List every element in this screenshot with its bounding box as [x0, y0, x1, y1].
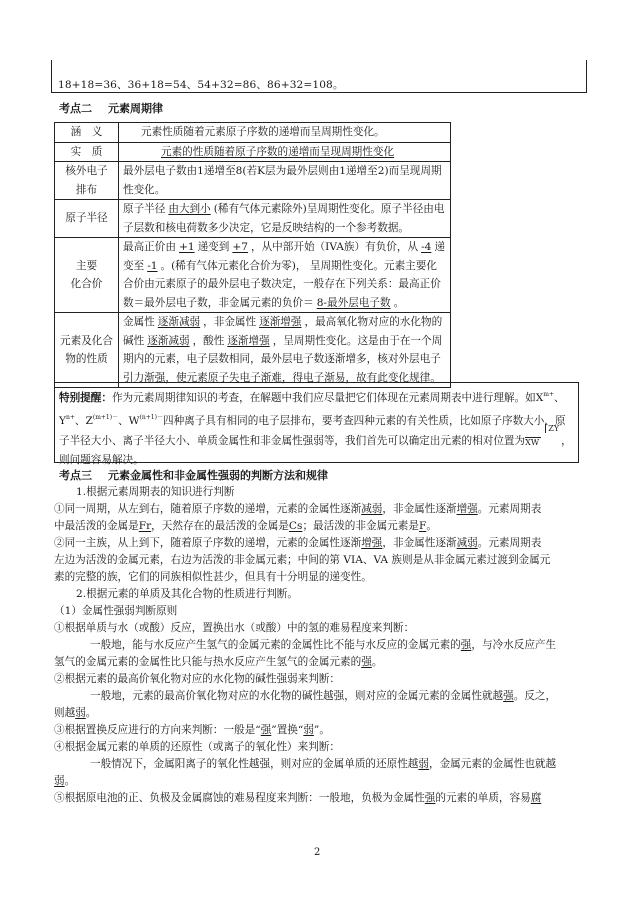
section3-heading: 考点三元素金属性和非金属性强弱的判断方法和规律	[59, 467, 328, 483]
text: ，	[561, 435, 572, 447]
paragraph-line: 左边为活泼的金属元素，右边为活泼的非金属元素；中间的第 VIA、VA 族则是从非…	[54, 552, 550, 569]
text: ，非金属性逐渐	[382, 537, 456, 549]
special-reminder-box: 特别提醒：作为元素周期律知识的考查，在解题中我们应尽量把它们体现在元素周期表中进…	[54, 382, 579, 463]
row-value: 最外层电子数由1递增至8(若K层为最外层则由1递增至2)而呈现周期性变化。	[119, 162, 451, 200]
answer: 增强	[457, 503, 478, 515]
answer: 减弱	[361, 503, 382, 515]
text: ，酸性	[193, 335, 225, 347]
text: 最高正价由	[123, 241, 176, 253]
paragraph-line: 中最活泼的金属是Fr，天然存在的最活泼的金属是Cs；最活泼的非金属元素是F。	[54, 518, 437, 535]
text: ，非金属性	[203, 316, 256, 328]
table-row: 核外电子 排布 最外层电子数由1递增至8(若K层为最外层则由1递增至2)而呈现周…	[55, 162, 451, 200]
section3-title: 元素金属性和非金属性强弱的判断方法和规律	[108, 469, 328, 482]
answer: 腐	[531, 792, 542, 804]
text: 则问题容易解决。	[59, 454, 144, 466]
text: 。反之，	[514, 690, 556, 702]
text: ，天然存在的最活泼的金属是	[151, 520, 289, 532]
answer: 强	[461, 639, 472, 651]
text: 中最活泼的金属是	[54, 520, 139, 532]
row-key: 元素及化合 物的性质	[55, 313, 119, 388]
subheading: 2.根据元素的单质及其化合物的性质进行判断。	[54, 586, 298, 603]
text: ”。	[314, 724, 330, 736]
table-row: 原子半径 原子半径由大到小(稀有气体元素除外)呈周期性变化。原子半径由电子层数和…	[55, 200, 451, 238]
page-number: 2	[314, 847, 320, 858]
rule-heading: ①根据单质与水（或酸）反应，置换出水（或酸）中的氢的难易程度来判断：	[54, 620, 414, 637]
superscript: (m+1)－	[93, 414, 118, 421]
text: ②同一主族，从上到下，随着原子序数的递增，元素的金属性逐渐	[54, 537, 361, 549]
text: 。	[394, 297, 405, 309]
text: 递变到	[198, 241, 230, 253]
rule-heading: ②根据元素的最高价氧化物对应的水化物的碱性强弱来判断：	[54, 671, 340, 688]
rule-heading: ④根据金属元素的单质的还原性（或离子的氧化性）来判断：	[54, 739, 340, 756]
note-line: Yn+、Z(m+1)－、W(n+1)－四种离子具有相同的电子层排布，要考查四种元…	[59, 408, 574, 431]
fill-blank: +1	[176, 241, 198, 253]
row-value: 元素的性质随着原子序数的递增而呈现周期性变化	[119, 142, 451, 162]
row-value: 元素性质随着元素原子序数的递增而呈周期性变化。	[119, 123, 451, 143]
diagram-top: ZY	[545, 424, 559, 433]
key-line: 排布	[55, 181, 118, 200]
paragraph-line: 则越弱。	[54, 705, 96, 722]
answer: 强	[261, 724, 272, 736]
answer: 强	[361, 656, 372, 668]
fill-blank: -4	[418, 241, 434, 253]
fill-blank: +7	[229, 241, 251, 253]
row-value: 金属性逐渐减弱，非金属性逐渐增强，最高氧化物对应的水化物的碱性逐渐减弱，酸性逐渐…	[119, 313, 451, 388]
table-row: 涵 义 元素性质随着元素原子序数的递增而呈周期性变化。	[55, 123, 451, 143]
text: ①同一周期，从左到右，随着原子序数的递增，元素的金属性逐渐	[54, 503, 361, 515]
text: ”置换“	[271, 724, 303, 736]
diagram-bottom: XW	[525, 437, 541, 447]
fill-blank: 逐渐增强	[224, 335, 272, 347]
periodic-law-table: 涵 义 元素性质随着元素原子序数的递增而呈周期性变化。 实 质 元素的性质随着原…	[54, 122, 451, 388]
text: 。	[372, 656, 383, 668]
text: 。	[65, 775, 76, 787]
row-key: 实 质	[55, 142, 119, 162]
note-line: 子半径大小、离子半径大小、单质金属性和非金属性强弱等，我们首先可以确定出元素的相…	[59, 431, 574, 451]
section3-label: 考点三	[59, 469, 92, 482]
answer: 弱	[303, 724, 314, 736]
text: ；最活泼的非金属元素是	[302, 520, 419, 532]
text: ，与冷水反应产生	[471, 639, 556, 651]
paragraph-line: 一般地，元素的最高价氧化物对应的水化物的碱性越强，则对应的金属元素的金属性就越强…	[54, 688, 556, 705]
answer: 弱	[75, 707, 86, 719]
document-page: 18+18=36、36+18=54、54+32=86、86+32=108。 考点…	[0, 0, 640, 905]
rule-heading: ⑤根据原电池的正、负极及金属腐蚀的难易程度来判断：一般地，负极为金属性强的元素的…	[54, 790, 541, 807]
fill-blank: 逐渐减弱	[144, 335, 192, 347]
paragraph-line: 弱。	[54, 773, 75, 790]
answer: Fr	[139, 520, 151, 532]
text: 作为元素周期律知识的考查，在解题中我们应尽量把它们体现在元素周期表中进行理解。如…	[112, 392, 543, 404]
rule-heading: ③根据置换反应进行的方向来判断：一般是“强”置换“弱”。	[54, 722, 330, 739]
section2-title: 元素周期律	[108, 102, 163, 115]
paragraph-line: ①同一周期，从左到右，随着原子序数的递增，元素的金属性逐渐减弱，非金属性逐渐增强…	[54, 501, 541, 518]
row-value: 原子半径由大到小(稀有气体元素除外)呈周期性变化。原子半径由电子层数和核电荷数多…	[119, 200, 451, 238]
answer: 弱	[54, 775, 65, 787]
text: 一般地，能与水反应产生氢气的金属元素的金属性比不能与水反应的金属元素的	[90, 639, 461, 651]
text: 金属性	[123, 316, 155, 328]
answer: 增强	[361, 537, 382, 549]
period-count-line: 18+18=36、36+18=54、54+32=86、86+32=108。	[58, 77, 344, 92]
subheading: 1.根据元素周期表的知识进行判断	[54, 484, 234, 501]
superscript: n+	[66, 414, 75, 421]
note-line: 特别提醒：作为元素周期律知识的考查，在解题中我们应尽量把它们体现在元素周期表中进…	[59, 385, 574, 408]
text: 一般情况下，金属阳离子的氧化性越强，则对应的金属单质的还原性越	[90, 758, 418, 770]
text: ，金属元素的金属性也就越	[429, 758, 556, 770]
note-label: 特别提醒：	[59, 392, 112, 404]
superscript: (n+1)－	[140, 414, 163, 421]
paragraph-line: 氢气的金属元素的金属性比只能与热水反应产生氢气的金属元素的强。	[54, 654, 382, 671]
row-key: 涵 义	[55, 123, 119, 143]
text: 子半径大小、离子半径大小、单质金属性和非金属性强弱等，我们首先可以确定出元素的相…	[59, 435, 525, 447]
row-key: 主要 化合价	[55, 238, 119, 313]
row-value: 最高正价由+1递变到+7，从中部开始（IVA族）有负价，从-4递变至-1。(稀有…	[119, 238, 451, 313]
text: 一般地，元素的最高价氧化物对应的水化物的碱性越强，则对应的金属元素的金属性就越	[90, 690, 503, 702]
superscript: m+	[543, 391, 554, 398]
text: 原子半径	[123, 203, 165, 215]
text: 氢气的金属元素的金属性比只能与热水反应产生氢气的金属元素的	[54, 656, 361, 668]
fill-blank: 由大到小	[165, 203, 213, 215]
table-row: 实 质 元素的性质随着原子序数的递增而呈现周期性变化	[55, 142, 451, 162]
section2-heading: 考点二元素周期律	[59, 100, 163, 116]
table-row: 主要 化合价 最高正价由+1递变到+7，从中部开始（IVA族）有负价，从-4递变…	[55, 238, 451, 313]
paragraph-line: 素的完整的族，它们的同族相似性甚少，但具有十分明显的递变性。	[54, 569, 372, 586]
fill-blank: 8-最外层电子数	[314, 297, 394, 309]
answer: Cs	[289, 520, 303, 532]
key-line: 元素及化合	[55, 332, 118, 351]
paragraph-line: 一般情况下，金属阳离子的氧化性越强，则对应的金属单质的还原性越弱，金属元素的金属…	[54, 756, 556, 773]
answer: 弱	[418, 758, 429, 770]
fill-blank: 逐渐增强	[256, 316, 304, 328]
fill-blank: 逐渐减弱	[155, 316, 203, 328]
answer: 强	[503, 690, 514, 702]
subheading: （1）金属性强弱判断原则	[54, 603, 177, 620]
text: ，从中部开始（IVA族）有负价，从	[251, 241, 418, 253]
key-line: 主要	[55, 257, 118, 276]
relative-position-diagram: ZYXW	[525, 431, 561, 447]
answer: 强	[425, 792, 436, 804]
text: 。	[86, 707, 97, 719]
continued-box: 18+18=36、36+18=54、54+32=86、86+32=108。	[51, 60, 587, 93]
essence-text: 元素的性质随着原子序数的递增而呈现周期性变化	[141, 146, 394, 158]
paragraph-line: 一般地，能与水反应产生氢气的金属元素的金属性比不能与水反应的金属元素的强，与冷水…	[54, 637, 556, 654]
table-row: 元素及化合 物的性质 金属性逐渐减弱，非金属性逐渐增强，最高氧化物对应的水化物的…	[55, 313, 451, 388]
row-key: 核外电子 排布	[55, 162, 119, 200]
text: 。元素周期表	[478, 503, 542, 515]
row-key: 原子半径	[55, 200, 119, 238]
text: 的元素的单质，容易	[435, 792, 530, 804]
answer: 减弱	[457, 537, 478, 549]
text: 四种离子具有相同的电子层排布，要考查四种元素的有关性质，比如原子序数大小、原	[163, 415, 566, 427]
key-line: 核外电子	[55, 162, 118, 181]
text: 则越	[54, 707, 75, 719]
key-line: 化合价	[55, 275, 118, 294]
text: ③根据置换反应进行的方向来判断：一般是“	[54, 724, 261, 736]
text: 。	[426, 520, 437, 532]
section2-label: 考点二	[59, 102, 92, 115]
fill-blank: -1	[144, 260, 160, 272]
text: ⑤根据原电池的正、负极及金属腐蚀的难易程度来判断：一般地，负极为金属性	[54, 792, 425, 804]
text: 。元素周期表	[478, 537, 542, 549]
paragraph-line: ②同一主族，从上到下，随着原子序数的递增，元素的金属性逐渐增强，非金属性逐渐减弱…	[54, 535, 541, 552]
text: ，非金属性逐渐	[382, 503, 456, 515]
key-line: 物的性质	[55, 350, 118, 369]
